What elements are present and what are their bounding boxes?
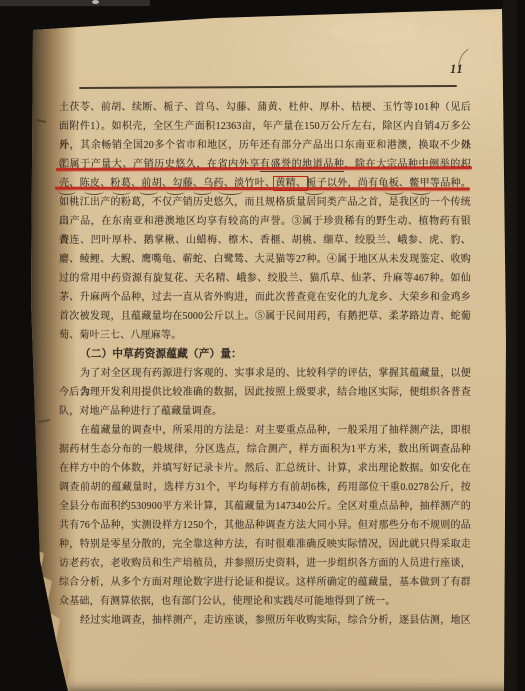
text-run: 队，对地产品种进行了蕴藏量调查。	[59, 406, 222, 417]
page-number: 11	[450, 62, 476, 77]
text-line: 过的常用中药资源有旋复花、天名精、峨参、绞股兰、猫爪草、仙茅、升麻等467种。如…	[59, 269, 471, 288]
text-line: 种，特别是零星分散的，完全靠这种方法，有时很难准确反映实际情况，因此就只得采取走	[59, 535, 471, 554]
text-run: 麝、鲮鲤、大鲵、鹰嘴龟、蕲蛇、白鹭鸶、大灵猫等27种。④属于地区从未发现鉴定、收…	[59, 254, 471, 265]
paper-stain	[330, 18, 420, 44]
text-line: 麝、鲮鲤、大鲵、鹰嘴龟、蕲蛇、白鹭鸶、大灵猫等27种。④属于地区从未发现鉴定、收…	[59, 250, 471, 269]
text-run: 种，特别是零星分散的，完全靠这种方法，有时很难准确反映实际情况，因此就只得采取走	[59, 539, 471, 550]
text-line: ②属于产量大、产销历史悠久，在省内外享有盛誉的地道品种，除在大宗品种中例举的枳	[59, 155, 471, 174]
text-line: 萄、菊叶三七、八厘麻等。	[59, 326, 471, 345]
text-line: 综合分析，从多个方面对理论数字进行论证和提议。这样所确定的蕴藏量，基本做到了有群	[59, 573, 471, 592]
handwritten-wavy-mark	[58, 187, 76, 195]
handwritten-wavy-mark	[166, 187, 185, 195]
section-heading: （二）中草药资源蕴藏（产）量：	[80, 345, 471, 364]
text-run: 调查前胡的蕴藏量时，选样方31个，平均每样方有前胡6株，药用部位干重0.0278…	[59, 482, 471, 493]
text-run: 访老药农，老收购员和生产培植员，并参照历史资料，进一步组织各方面的人员进行座谈，	[59, 558, 471, 569]
text-run: 综合分析，从多个方面对理论数字进行论证和提议。这样所确定的蕴藏量，基本做到了有群	[59, 577, 471, 588]
text-run: 黄连、凹叶厚朴、鹅掌楸、山蜡梅、檫木、香榧、胡桃、缬草、绞股兰、峨参、虎、豹、	[59, 235, 471, 246]
text-run: 茅、升麻两个品种，过去一直从省外购进，而此次普查竟在安化的九龙乡、大荣乡和金鸡乡	[59, 292, 471, 303]
handwritten-wavy-mark	[193, 187, 212, 195]
text-line: 外，其余畅销全国20多个省市和地区，历年还有部分产品出口东南亚和港澳，换取不少外…	[59, 136, 471, 155]
handwritten-wavy-mark	[411, 187, 431, 195]
scan-background-streak	[0, 0, 150, 6]
text-run: 在蕴藏量的调查中，所采用的方法是：对主要重点品种，一般采用了抽样测产法，即根	[80, 425, 471, 436]
text-run: 众基础，有测算依据，也有部门公认，使理论和实践尽可能地得到了统一。	[59, 596, 396, 607]
text-line: 众基础，有测算依据，也有部门公认，使理论和实践尽可能地得到了统一。	[59, 592, 471, 611]
scan-dust-speck	[92, 0, 99, 4]
text-run: 萄、菊叶三七、八厘麻等。	[59, 330, 181, 341]
text-line: 在样方中的个体数，并填写好记录卡片。然后、汇总统计、计算，求出理论数据。如安化在	[59, 459, 471, 478]
handwritten-wavy-mark	[84, 187, 104, 195]
text-run: 经过实地调查，抽样测产，走访座谈，参照历年收购实际，综合分析，逐县估测，地区	[80, 615, 471, 626]
handwritten-wavy-mark	[304, 187, 324, 195]
text-line: 为了对全区现有药源进行客观的、实事求是的、比较科学的评估，掌握其蕴藏量，以便为	[80, 364, 471, 383]
text-line: 共有76个品种，实测设样方1250个，其他品种调查方法大同小异。但对那些分布不规…	[59, 516, 471, 535]
text-line: 经过实地调查，抽样测产，走访座谈，参照历年收购实际，综合分析，逐县估测，地区	[80, 611, 471, 630]
text-line: 调查前胡的蕴藏量时，选样方31个，平均每样方有前胡6株，药用部位干重0.0278…	[59, 478, 471, 497]
book-page: 11 土茯苓、前胡、续断、栀子、首乌、勾藤、蒲黄、杜仲、厚朴、桔梗、玉竹等101…	[0, 0, 525, 691]
text-line: 据药材生态分布的一般规律，分区选点，综合测产，样方面积为1平方米，数出所调查品种	[59, 440, 471, 459]
text-run: 过的常用中药资源有旋复花、天名精、峨参、绞股兰、猫爪草、仙茅、升麻等467种。如…	[59, 273, 471, 284]
header-rule	[79, 85, 457, 89]
text-run: 据药材生态分布的一般规律，分区选点，综合测产，样方面积为1平方米，数出所调查品种	[59, 444, 471, 455]
text-run: 土茯苓、前胡、续断、栀子、首乌、勾藤、蒲黄、杜仲、厚朴、桔梗、玉竹等101种（见…	[59, 102, 471, 113]
text-line: 面附件1）。如枳壳，全区生产面积12363亩，年产量在150万公斤左右，除区内自…	[59, 117, 471, 136]
text-line: 在蕴藏量的调查中，所采用的方法是：对主要重点品种，一般采用了抽样测产法，即根	[80, 421, 471, 440]
text-run: 在样方中的个体数，并填写好记录卡片。然后、汇总统计、计算，求出理论数据。如安化在	[59, 463, 471, 474]
handwritten-wavy-mark	[112, 187, 131, 195]
text-line: 队，对地产品种进行了蕴藏量调查。	[59, 402, 471, 421]
body-text: 土茯苓、前胡、续断、栀子、首乌、勾藤、蒲黄、杜仲、厚朴、桔梗、玉竹等101种（见…	[59, 98, 471, 638]
text-run: 全县分布面积约530900平方米计算，其蕴藏量为147340公斤。全区对重点品种…	[59, 501, 471, 512]
text-run: 共有76个品种，实测设样方1250个，其他品种调查方法大同小异。但对那些分布不规…	[59, 520, 471, 531]
text-run: （二）中草药资源蕴藏（产）量：	[80, 349, 242, 360]
handwritten-wavy-mark	[139, 187, 158, 195]
text-line: 土茯苓、前胡、续断、栀子、首乌、勾藤、蒲黄、杜仲、厚朴、桔梗、玉竹等101种（见…	[59, 98, 471, 117]
text-line: 茅、升麻两个品种，过去一直从省外购进，而此次普查竟在安化的九龙乡、大荣乡和金鸡乡	[59, 288, 471, 307]
text-run: 今后合理开发利用提供比较准确的数据，因此按照上级要求，结合地区实际，便组织各普查	[59, 387, 471, 398]
text-line: 访老药农，老收购员和生产培植员，并参照历史资料，进一步组织各方面的人员进行座谈，	[59, 554, 471, 573]
text-line: 黄连、凹叶厚朴、鹅掌楸、山蜡梅、檫木、香榧、胡桃、缬草、绞股兰、峨参、虎、豹、	[59, 231, 471, 250]
text-run: 首次被发现，且蕴藏量均在5000公斤以上。⑤属于民间用药，有鹅把草、柔茅路边青、…	[59, 311, 471, 322]
ink-underlined-phrase: 有盛誉的地道品种	[260, 159, 345, 172]
text-line: 如桃江出产的粉葛，不仅产销历史悠久，而且规格质量居同类产品之首，是我区的一个传统…	[59, 193, 471, 212]
text-line: 全县分布面积约530900平方米计算，其蕴藏量为147340公斤。全区对重点品种…	[59, 497, 471, 516]
handwritten-wavy-mark	[218, 187, 243, 195]
text-line: 今后合理开发利用提供比较准确的数据，因此按照上级要求，结合地区实际，便组织各普查	[59, 383, 471, 402]
text-line: 首次被发现，且蕴藏量均在5000公斤以上。⑤属于民间用药，有鹅把草、柔茅路边青、…	[59, 307, 471, 326]
scanned-book-photo: 11 土茯苓、前胡、续断、栀子、首乌、勾藤、蒲黄、杜仲、厚朴、桔梗、玉竹等101…	[0, 0, 525, 691]
text-line: 口产品，在东南亚和港澳地区均享有较高的声誉。③属于珍贵稀有的野生动、植物药有银杏…	[59, 212, 471, 231]
handwritten-wavy-mark	[384, 187, 404, 195]
